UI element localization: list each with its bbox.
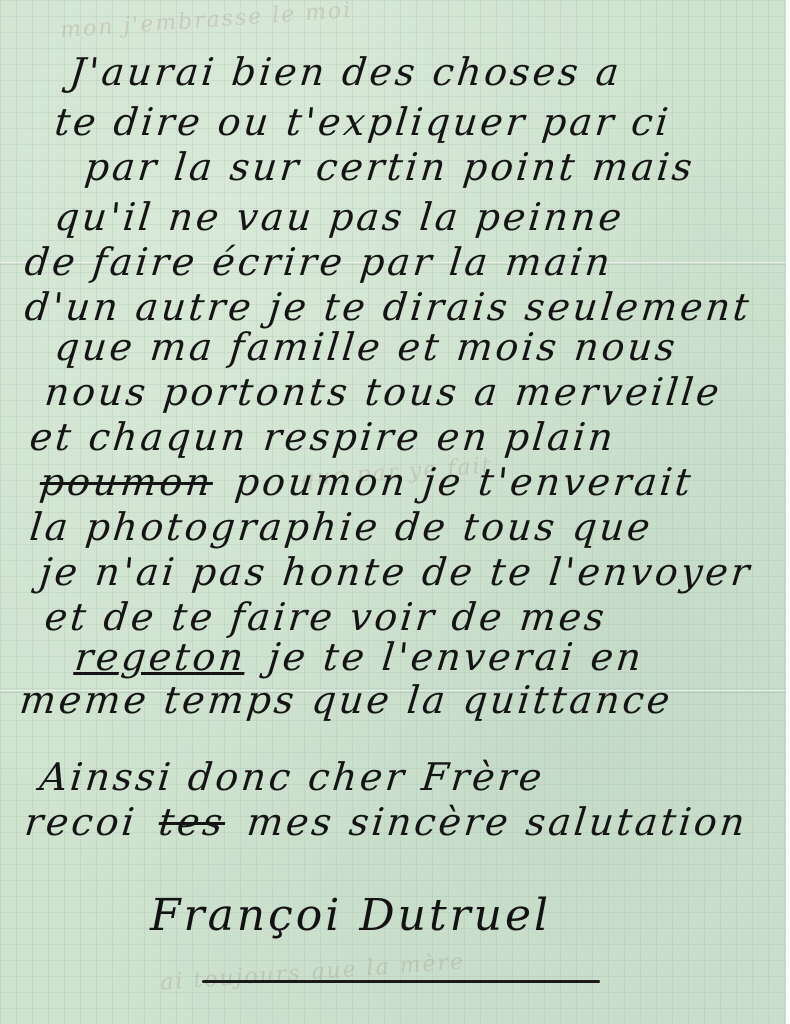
struck-word: poumon: [38, 460, 216, 504]
closing-line-2: recoitesmes sincère salutation: [23, 800, 750, 844]
signature: Françoi Dutruel: [150, 890, 551, 941]
underlined-word: regeton: [73, 635, 249, 679]
line-text: recoi: [23, 800, 140, 844]
letter-line-7: que ma famille et mois nous: [53, 325, 680, 369]
letter-line-2: te dire ou t'expliquer par ci: [53, 100, 674, 144]
letter-line-3: par la sur certin point mais: [83, 145, 697, 189]
letter-line-14: regetonje te l'enverai en: [73, 635, 646, 679]
letter-line-5: de faire écrire par la main: [23, 240, 615, 284]
bleed-through-text: mon j'embrasse le moi: [59, 0, 353, 43]
bleed-through-text: ai toujours que la mère: [159, 949, 465, 995]
line-text: je te l'enverai en: [266, 635, 646, 679]
struck-word: tes: [157, 800, 228, 844]
letter-page: mon j'embrasse le moi que par ye fait ai…: [0, 0, 786, 1024]
closing-line-1: Ainssi donc cher Frère: [38, 755, 547, 799]
letter-line-12: je n'ai pas honte de te l'envoyer: [38, 550, 755, 594]
letter-line-4: qu'il ne vau pas la peinne: [53, 195, 627, 239]
letter-line-15: meme temps que la quittance: [18, 678, 675, 722]
letter-line-9: et chaqun respire en plain: [28, 415, 618, 459]
letter-line-8: nous portonts tous a merveille: [43, 370, 724, 414]
line-text: poumon je t'enverait: [233, 460, 696, 504]
letter-line-1: J'aurai bien des choses a: [68, 50, 624, 94]
letter-line-11: la photographie de tous que: [28, 505, 655, 549]
letter-line-10: poumonpoumon je t'enverait: [38, 460, 696, 504]
line-text: mes sincère salutation: [245, 800, 750, 844]
letter-line-13: et de te faire voir de mes: [43, 595, 609, 639]
letter-line-6: d'un autre je te dirais seulement: [23, 285, 754, 329]
signature-underline: [202, 980, 600, 983]
